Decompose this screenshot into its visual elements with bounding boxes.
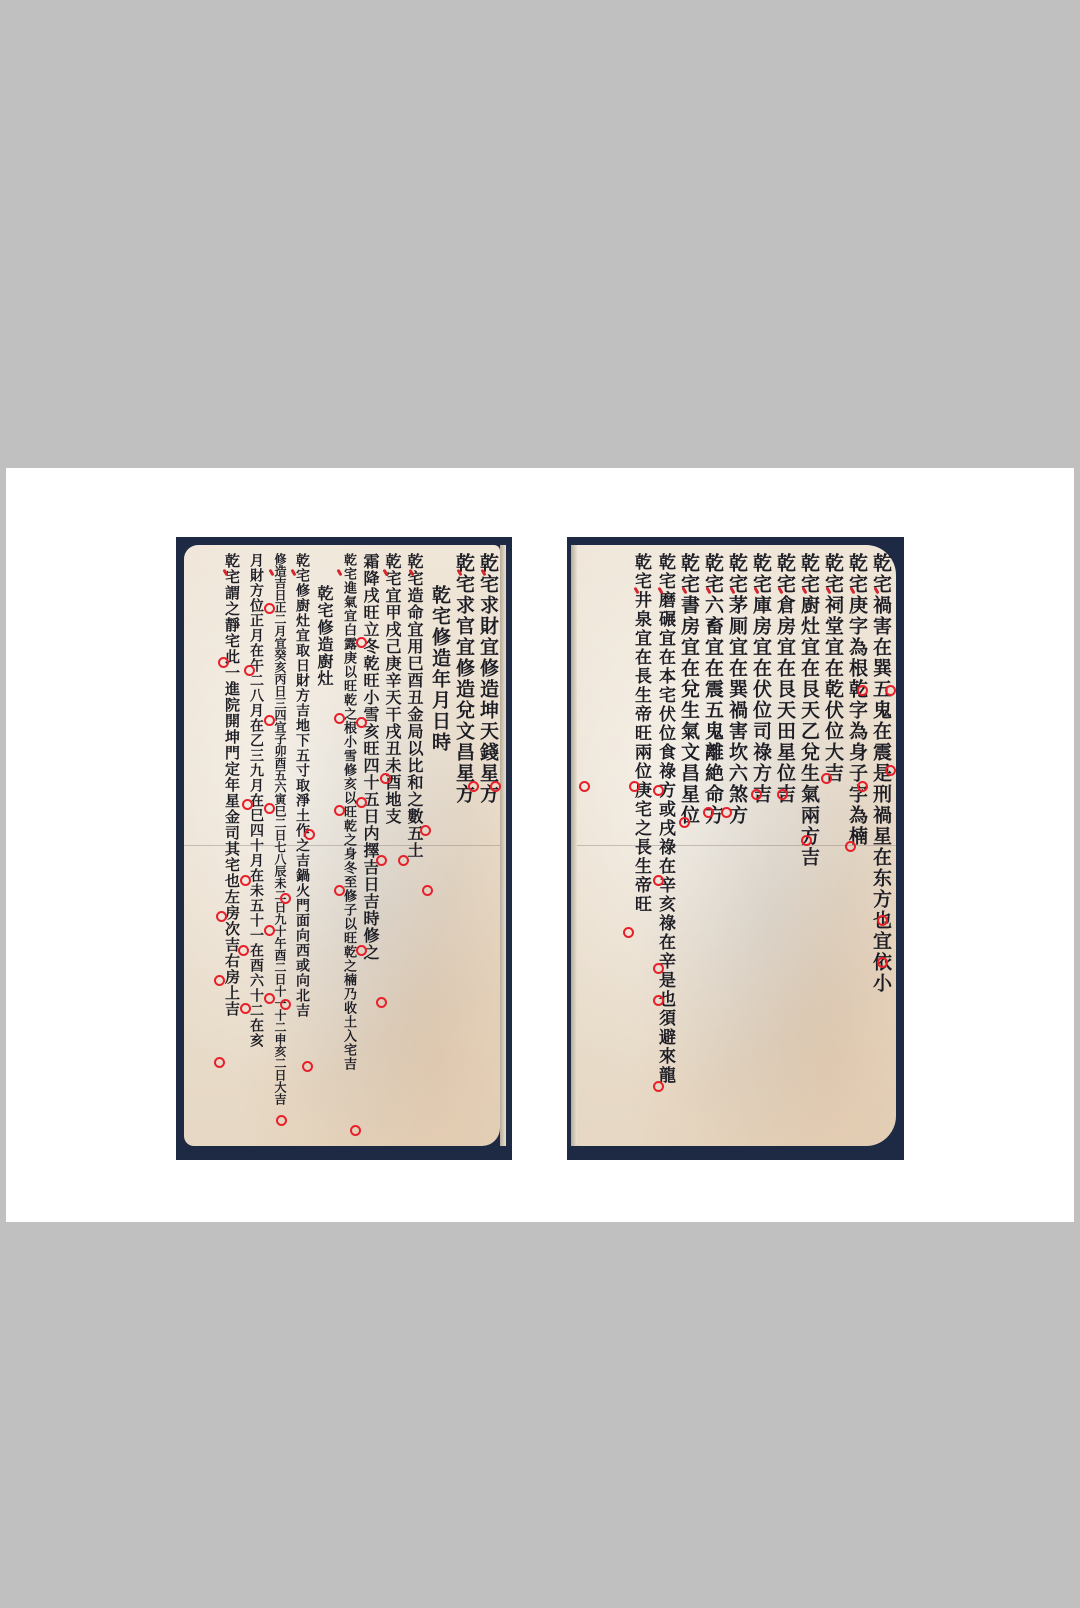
red-circle-mark	[653, 785, 664, 796]
red-circle-mark	[350, 1125, 361, 1136]
red-circle-mark	[653, 875, 664, 886]
red-circle-mark	[242, 799, 253, 810]
red-circle-mark	[845, 841, 856, 852]
red-circle-mark	[280, 999, 291, 1010]
manuscript-page-right: 乾宅禍害在巽五鬼在震是刑禍星在东方也宜依小 乾宅庚字為根乾字為身子字為楠 乾宅祠…	[567, 537, 904, 1160]
red-circle-mark	[885, 685, 896, 696]
red-circle-mark	[264, 603, 275, 614]
manuscript-page-left: 乾宅求財宜修造坤天錢星方 乾宅求官宜修造兌文昌星方 乾宅修造年月日時 乾宅造命宜…	[176, 537, 512, 1160]
red-circle-mark	[334, 713, 345, 724]
text-column: 乾宅茅厠宜在巽禍害坎六煞方	[725, 553, 749, 826]
red-circle-mark	[264, 803, 275, 814]
red-circle-mark	[721, 807, 732, 818]
red-circle-mark	[356, 717, 367, 728]
text-column: 乾宅庫房宜在伏位司祿方吉	[749, 553, 773, 805]
red-circle-mark	[885, 765, 896, 776]
red-circle-mark	[376, 855, 387, 866]
red-circle-mark	[214, 1057, 225, 1068]
red-circle-mark	[623, 927, 634, 938]
red-circle-mark	[240, 875, 251, 886]
red-circle-mark	[264, 715, 275, 726]
red-circle-mark	[334, 805, 345, 816]
red-circle-mark	[240, 1003, 251, 1014]
red-circle-mark	[398, 855, 409, 866]
spine-left	[500, 545, 506, 1146]
red-circle-mark	[214, 975, 225, 986]
red-circle-mark	[468, 781, 479, 792]
text-column: 修造吉日正二月宜癸亥丙日三四宜子卯酉五六寅巳二日七八辰未二日九十午酉二日十一十二…	[268, 553, 292, 1105]
red-circle-mark	[356, 797, 367, 808]
red-circle-mark	[703, 807, 714, 818]
text-column: 乾宅求官宜修造兌文昌星方	[452, 553, 476, 805]
red-circle-mark	[304, 829, 315, 840]
text-column-heading: 乾宅修造年月日時	[428, 585, 452, 753]
red-circle-mark	[244, 665, 255, 676]
text-column: 乾宅修廚灶宜取日財方吉地下五寸取淨土作之吉鍋火門面向西或向北吉	[290, 553, 314, 1018]
red-circle-mark	[422, 885, 433, 896]
red-circle-mark	[276, 1115, 287, 1126]
red-circle-mark	[490, 781, 501, 792]
image-frame	[6, 468, 1074, 1222]
spine-right	[571, 545, 577, 1146]
text-column: 乾宅宜甲戌己庚辛天干戌丑未酉地支	[380, 553, 404, 825]
red-circle-mark	[334, 885, 345, 896]
text-column-heading: 乾宅修造廚灶	[312, 585, 336, 687]
text-column: 乾宅求財宜修造坤天錢星方	[476, 553, 500, 805]
red-circle-mark	[579, 781, 590, 792]
red-circle-mark	[264, 993, 275, 1004]
red-circle-mark	[302, 1061, 313, 1072]
red-circle-mark	[356, 637, 367, 648]
text-column: 乾宅廚灶宜在艮天乙兌生氣兩方吉	[797, 553, 821, 868]
red-circle-mark	[216, 911, 227, 922]
red-circle-mark	[679, 817, 690, 828]
red-circle-mark	[380, 773, 391, 784]
red-circle-mark	[629, 781, 640, 792]
text-column: 乾宅祠堂宜在乾伏位大吉	[821, 553, 845, 784]
red-circle-mark	[218, 657, 229, 668]
paper-left: 乾宅求財宜修造坤天錢星方 乾宅求官宜修造兌文昌星方 乾宅修造年月日時 乾宅造命宜…	[184, 545, 500, 1146]
red-circle-mark	[356, 945, 367, 956]
red-circle-mark	[751, 789, 762, 800]
red-circle-mark	[420, 825, 431, 836]
red-circle-mark	[857, 685, 868, 696]
red-circle-mark	[857, 781, 868, 792]
red-circle-mark	[264, 925, 275, 936]
paper-right: 乾宅禍害在巽五鬼在震是刑禍星在东方也宜依小 乾宅庚字為根乾字為身子字為楠 乾宅祠…	[571, 545, 896, 1146]
red-circle-mark	[777, 789, 788, 800]
red-circle-mark	[238, 945, 249, 956]
text-column: 乾宅庚字為根乾字為身子字為楠	[845, 553, 869, 847]
red-circle-mark	[877, 915, 888, 926]
red-circle-mark	[801, 835, 812, 846]
text-column: 乾宅六畜宜在震五鬼離絶命方	[701, 553, 725, 826]
red-circle-mark	[376, 997, 387, 1008]
red-circle-mark	[653, 1081, 664, 1092]
red-circle-mark	[280, 893, 291, 904]
text-column: 霜降戌旺立冬乾旺小雪亥旺四十五日内擇吉日吉時修之	[358, 553, 382, 961]
red-circle-mark	[877, 957, 888, 968]
red-circle-mark	[653, 995, 664, 1006]
red-circle-mark	[821, 773, 832, 784]
red-circle-mark	[653, 963, 664, 974]
text-column: 乾宅造命宜用巳酉丑金局以比和之數五土	[402, 553, 426, 859]
text-column: 乾宅倉房宜在艮天田星位吉	[773, 553, 797, 805]
text-column: 乾宅井泉宜在長生帝旺兩位庚宅之長生帝旺	[629, 553, 653, 914]
text-column: 乾宅書房宜在兌生氣文昌星位	[677, 553, 701, 826]
